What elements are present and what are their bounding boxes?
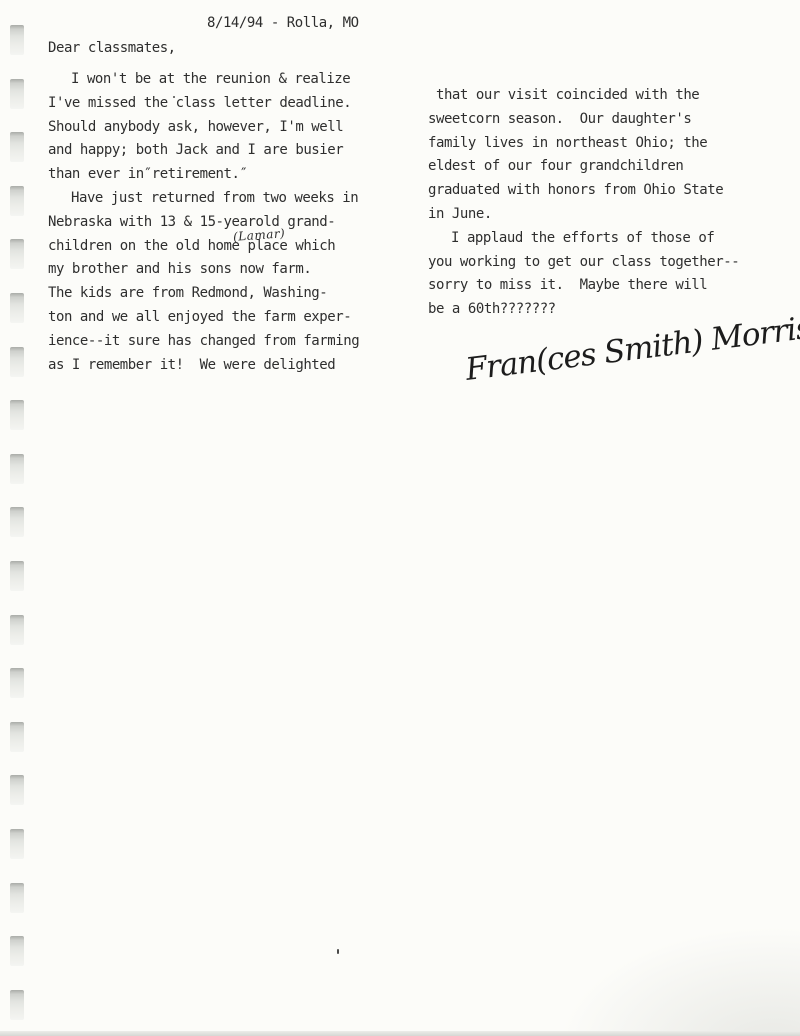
date-line: 8/14/94 - Rolla, MO: [207, 15, 359, 31]
typed-line: I've missed the class letter deadline.: [48, 92, 359, 116]
binding-hole: [10, 829, 24, 859]
typed-line: The kids are from Redmond, Washing-: [48, 282, 359, 306]
typed-line: eldest of our four grandchildren: [428, 155, 739, 179]
typed-line: Have just returned from two weeks in: [48, 187, 359, 211]
typed-line: be a 60th???????: [428, 298, 739, 322]
typed-line: Nebraska with 13 & 15-yearold grand-: [48, 211, 359, 235]
typed-line: children on the old home place which: [48, 235, 359, 259]
binding-hole: [10, 400, 24, 430]
typed-line: sorry to miss it. Maybe there will: [428, 274, 739, 298]
salutation: Dear classmates,: [48, 40, 176, 56]
typed-line: and happy; both Jack and I are busier: [48, 139, 359, 163]
scan-corner-shadow: [540, 916, 800, 1036]
letter-page: 8/14/94 - Rolla, MO Dear classmates, I w…: [0, 0, 800, 1036]
binding-hole: [10, 25, 24, 55]
scan-bottom-edge: [0, 1031, 800, 1036]
typed-line: I won't be at the reunion & realize: [48, 68, 359, 92]
typed-line: Should anybody ask, however, I'm well: [48, 116, 359, 140]
left-column: I won't be at the reunion & realizeI've …: [48, 68, 359, 377]
typed-line: that our visit coincided with the: [428, 84, 739, 108]
ink-speck: [173, 96, 175, 98]
binding-hole: [10, 79, 24, 109]
binding-hole: [10, 132, 24, 162]
typed-line: you working to get our class together--: [428, 251, 739, 275]
binding-hole: [10, 347, 24, 377]
binding-hole: [10, 990, 24, 1020]
typed-line: my brother and his sons now farm.: [48, 258, 359, 282]
typed-line: ton and we all enjoyed the farm exper-: [48, 306, 359, 330]
binding-hole: [10, 615, 24, 645]
typed-line: than ever in″retirement.″: [48, 163, 359, 187]
binding-hole: [10, 186, 24, 216]
binding-hole: [10, 775, 24, 805]
binding-hole: [10, 936, 24, 966]
typed-line: I applaud the efforts of those of: [428, 227, 739, 251]
typed-line: ience--it sure has changed from farming: [48, 330, 359, 354]
typed-line: family lives in northeast Ohio; the: [428, 132, 739, 156]
typed-line: as I remember it! We were delighted: [48, 354, 359, 378]
binding-hole: [10, 239, 24, 269]
typed-line: in June.: [428, 203, 739, 227]
ink-speck: [337, 949, 339, 954]
binding-hole: [10, 668, 24, 698]
binding-hole: [10, 454, 24, 484]
binding-hole: [10, 722, 24, 752]
typed-line: sweetcorn season. Our daughter's: [428, 108, 739, 132]
right-column: that our visit coincided with thesweetco…: [428, 84, 739, 322]
binding-hole: [10, 507, 24, 537]
typed-line: graduated with honors from Ohio State: [428, 179, 739, 203]
binding-hole: [10, 561, 24, 591]
binding-hole: [10, 293, 24, 323]
binding-hole: [10, 883, 24, 913]
